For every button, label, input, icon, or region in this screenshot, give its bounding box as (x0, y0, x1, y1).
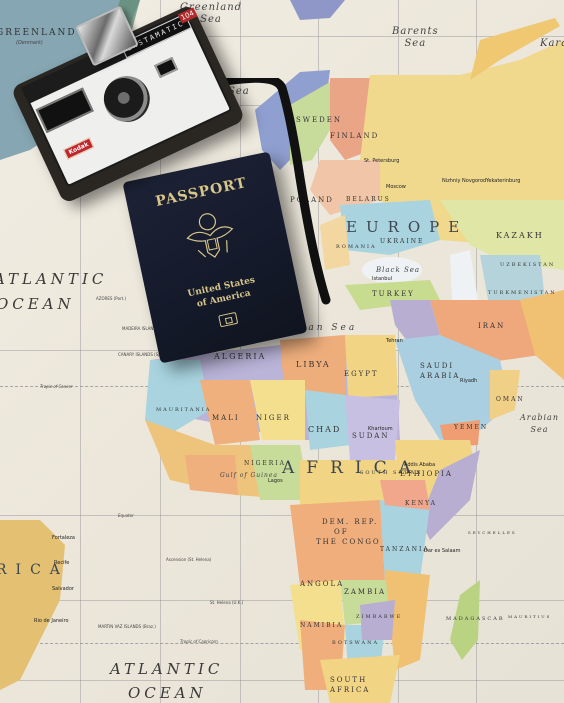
city-label: St. Petersburg (364, 158, 399, 164)
country-label: TANZANIA (380, 546, 430, 553)
city-label: Recife (54, 560, 69, 566)
country-label: SOUTH (330, 676, 367, 684)
country-label: NIGER (256, 414, 291, 422)
city-label: Khartoum (368, 426, 393, 432)
country-label: NAMIBIA (300, 622, 343, 629)
country-label: MAURITIUS (508, 614, 551, 619)
island-label: MARTIN VAZ ISLANDS (Braz.) (98, 624, 156, 629)
country-label: MALI (212, 414, 240, 422)
city-label: Yekaterinburg (486, 178, 520, 184)
city-label: Riyadh (460, 378, 477, 384)
country-label: ZAMBIA (344, 588, 386, 596)
sea-label: Kara (540, 38, 564, 50)
region-label-europe: EUROPE (346, 218, 468, 236)
city-label: Istanbul (372, 276, 392, 282)
country-label: SUDAN (352, 432, 390, 440)
country-label: ARABIA (420, 372, 460, 380)
sea-label: BarentsSea (392, 26, 439, 50)
sea-label: ean Sea (300, 322, 357, 334)
country-label: DEM. REP. (322, 518, 378, 526)
country-label: THE CONGO (316, 538, 381, 546)
country-label: TURKEY (372, 290, 415, 298)
country-label: MAURITANIA (156, 407, 211, 413)
country-label: SEYCHELLES (468, 530, 517, 535)
ocean-label: OCEAN (128, 684, 207, 702)
biometric-chip-icon (218, 312, 238, 327)
tropic-label: Tropic of Capricorn (180, 639, 218, 644)
city-label: Lagos (268, 478, 283, 484)
country-label: TURKMENISTAN (488, 290, 557, 296)
country-label: BELARUS (346, 196, 391, 203)
country-label: KENYA (405, 500, 437, 507)
city-label: Addis Ababa (404, 462, 435, 468)
equator-label: Equator (118, 513, 134, 518)
country-label: UKRAINE (380, 238, 424, 245)
country-label: KAZAKH (496, 231, 544, 240)
passport-title: PASSPORT (126, 169, 276, 216)
country-label: EGYPT (344, 370, 379, 378)
country-label: YEMEN (454, 424, 488, 431)
country-note: (Denmark) (16, 40, 43, 46)
country-label: NIGERIA (244, 460, 286, 467)
island-label: Ascension (St. Helena) (166, 557, 211, 562)
country-label: OMAN (496, 396, 525, 403)
map-photo-scene: ATLANTIC OCEAN ATLANTIC OCEAN GreenlandS… (0, 0, 564, 703)
country-label: ROMANIA (336, 244, 377, 250)
island-label: AZORES (Port.) (96, 296, 126, 301)
city-label: Nizhniy Novgorod (442, 178, 486, 184)
country-label: GREENLAND (0, 28, 77, 38)
country-label: UZBEKISTAN (500, 262, 555, 268)
island-label: St. Helena (U.K.) (210, 600, 243, 605)
city-label: Rio de Janeiro (34, 618, 69, 624)
country-label: FINLAND (330, 132, 379, 140)
sea-label: ArabianSea (520, 412, 559, 436)
city-label: Moscow (386, 184, 406, 190)
country-label: ALGERIA (214, 352, 266, 361)
ocean-label: OCEAN (0, 295, 75, 313)
country-label: BOTSWANA (332, 640, 379, 646)
country-label: ETHIOPIA (400, 470, 453, 478)
country-label: CHAD (308, 425, 341, 434)
country-label: AFRICA (330, 686, 370, 694)
country-label: POLAND (290, 196, 334, 204)
country-label: LIBYA (296, 360, 331, 369)
city-label: Fortaleza (52, 535, 75, 541)
country-label: SWEDEN (296, 116, 342, 124)
city-label: Dar es Salaam (424, 548, 460, 554)
country-label: MADAGASCAR (446, 616, 505, 622)
city-label: Salvador (52, 586, 74, 592)
eagle-seal-icon (179, 204, 243, 268)
city-label: Tehran (386, 338, 403, 344)
sea-label: Black Sea (376, 264, 420, 276)
ocean-label: ATLANTIC (110, 660, 223, 678)
tropic-label: Tropic of Cancer (40, 384, 73, 389)
country-label: OF (334, 528, 349, 536)
country-label: SAUDI (420, 362, 454, 370)
country-label: IRAN (478, 322, 505, 330)
country-label: ANGOLA (300, 580, 344, 588)
ocean-label: ATLANTIC (0, 270, 107, 288)
country-label: ZIMBABWE (356, 614, 402, 620)
